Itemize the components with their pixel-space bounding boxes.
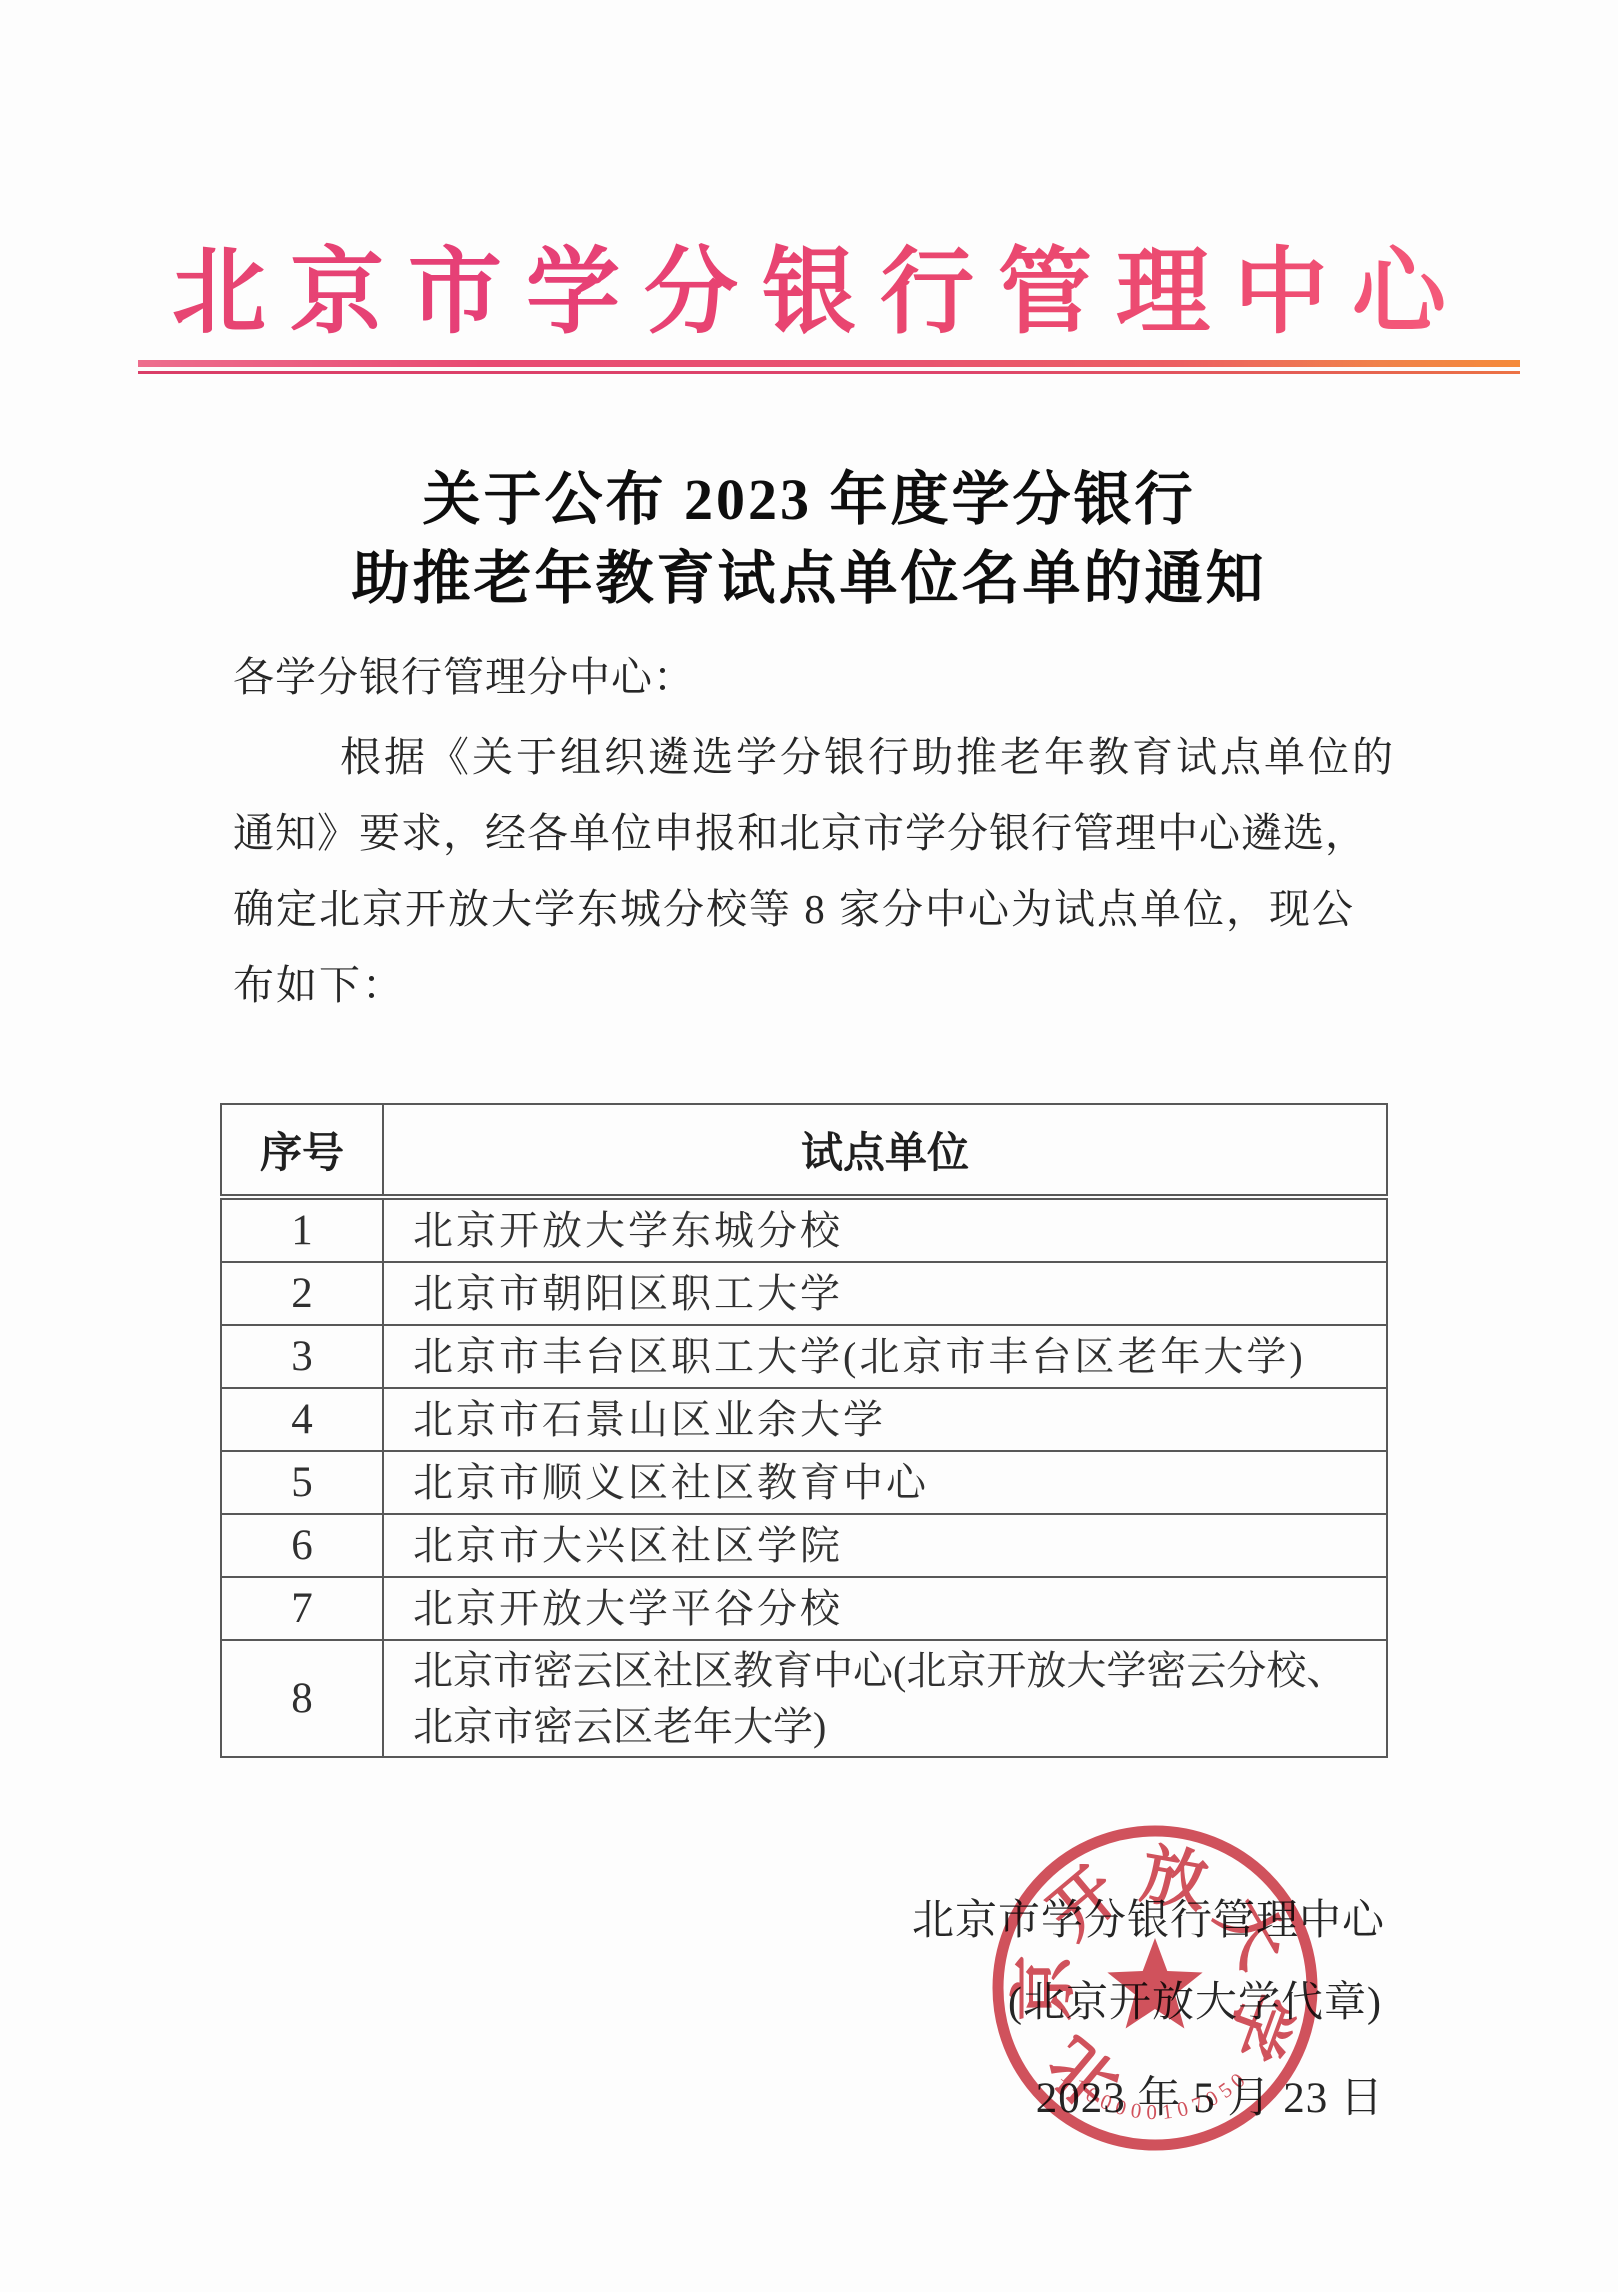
document-page: 北京市学分银行管理中心 关于公布 2023 年度学分银行 助推老年教育试点单位名… bbox=[0, 0, 1618, 2292]
paragraph-line: 根据《关于组织遴选学分银行助推老年教育试点单位的 bbox=[340, 724, 1396, 783]
doc-title-line-2: 助推老年教育试点单位名单的通知 bbox=[0, 531, 1618, 615]
row-number-cell: 8 bbox=[221, 1640, 383, 1757]
unit-name-cell: 北京开放大学平谷分校 bbox=[383, 1577, 1387, 1640]
pilot-units-table: 序号 试点单位 1 北京开放大学东城分校 2 北京市朝阳区职工大学 3 北京市丰… bbox=[220, 1103, 1388, 1758]
row-number-cell: 2 bbox=[221, 1262, 383, 1325]
paragraph-line: 布如下： bbox=[233, 952, 405, 1011]
table-row: 8 北京市密云区社区教育中心(北京开放大学密云分校、北京市密云区老年大学) bbox=[221, 1640, 1387, 1757]
letterhead-rule-thick bbox=[138, 360, 1520, 367]
table-header-unit: 试点单位 bbox=[383, 1104, 1387, 1197]
unit-name-cell: 北京市朝阳区职工大学 bbox=[383, 1262, 1387, 1325]
table-row: 1 北京开放大学东城分校 bbox=[221, 1197, 1387, 1262]
official-seal: 北 京 开 放 大 学 1100000107050 bbox=[980, 1813, 1330, 2163]
table-row: 4 北京市石景山区业余大学 bbox=[221, 1388, 1387, 1451]
seal-char: 放 bbox=[1135, 1838, 1213, 1921]
unit-name-cell: 北京开放大学东城分校 bbox=[383, 1197, 1387, 1262]
unit-name-cell: 北京市大兴区社区学院 bbox=[383, 1514, 1387, 1577]
unit-name-cell: 北京市石景山区业余大学 bbox=[383, 1388, 1387, 1451]
letterhead-rule-thin bbox=[138, 371, 1520, 374]
paragraph-line: 确定北京开放大学东城分校等 8 家分中心为试点单位，现公 bbox=[233, 876, 1355, 935]
table-header-row: 序号 试点单位 bbox=[221, 1104, 1387, 1197]
table-row: 5 北京市顺义区社区教育中心 bbox=[221, 1451, 1387, 1514]
unit-name-cell: 北京市丰台区职工大学(北京市丰台区老年大学) bbox=[383, 1325, 1387, 1388]
salutation: 各学分银行管理分中心： bbox=[233, 644, 695, 703]
table-row: 3 北京市丰台区职工大学(北京市丰台区老年大学) bbox=[221, 1325, 1387, 1388]
table-header-no: 序号 bbox=[221, 1104, 383, 1197]
row-number-cell: 6 bbox=[221, 1514, 383, 1577]
table-row: 6 北京市大兴区社区学院 bbox=[221, 1514, 1387, 1577]
unit-name-cell: 北京市密云区社区教育中心(北京开放大学密云分校、北京市密云区老年大学) bbox=[383, 1640, 1387, 1757]
row-number-cell: 1 bbox=[221, 1197, 383, 1262]
doc-title-line-1: 关于公布 2023 年度学分银行 bbox=[0, 452, 1618, 536]
row-number-cell: 3 bbox=[221, 1325, 383, 1388]
table-row: 7 北京开放大学平谷分校 bbox=[221, 1577, 1387, 1640]
paragraph-line: 通知》要求，经各单位申报和北京市学分银行管理中心遴选， bbox=[233, 800, 1367, 859]
seal-star-icon bbox=[1107, 1938, 1202, 2029]
seal-char: 京 bbox=[1009, 1955, 1082, 2021]
row-number-cell: 5 bbox=[221, 1451, 383, 1514]
unit-name-cell: 北京市顺义区社区教育中心 bbox=[383, 1451, 1387, 1514]
table-row: 2 北京市朝阳区职工大学 bbox=[221, 1262, 1387, 1325]
row-number-cell: 7 bbox=[221, 1577, 383, 1640]
letterhead-title: 北京市学分银行管理中心 bbox=[0, 216, 1618, 351]
row-number-cell: 4 bbox=[221, 1388, 383, 1451]
seal-char: 学 bbox=[1213, 1982, 1304, 2069]
